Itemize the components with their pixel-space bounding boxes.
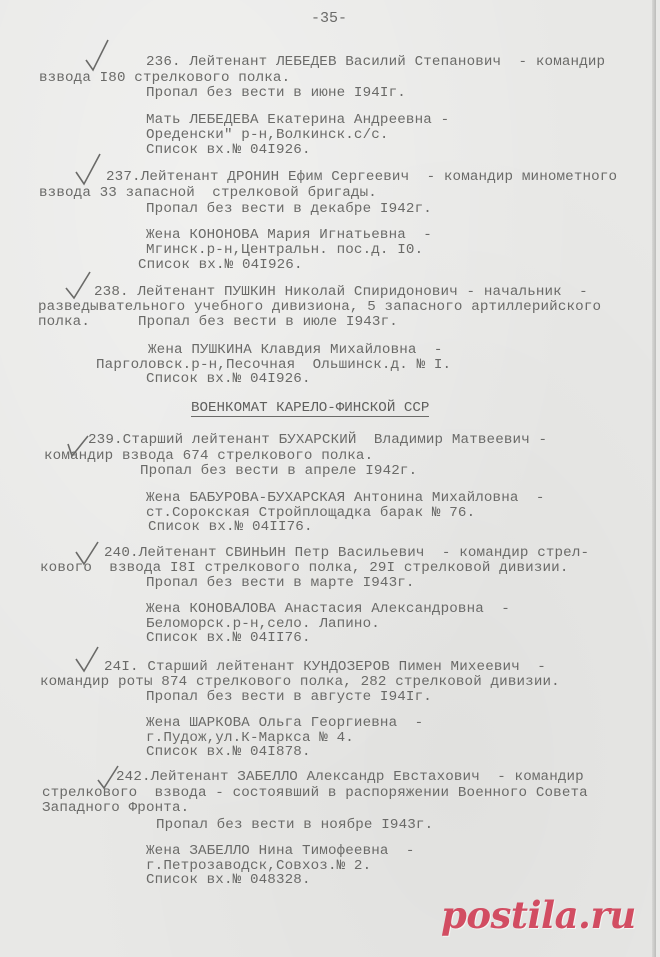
entry-236-line-6: Список вх.№ 04I926.: [146, 143, 311, 158]
entry-242-line-7: Список вх.№ 048328.: [146, 873, 311, 888]
entry-240-line-4: Жена КОНОВАЛОВА Анастасия Александровна …: [146, 602, 510, 617]
entry-242-line-3: Западного Фронта.: [42, 801, 189, 816]
entry-242-line-5: Жена ЗАБЕЛЛО Нина Тимофеевна -: [146, 844, 415, 859]
entry-242-line-4: Пропал без вести в ноябре I943г.: [156, 818, 433, 833]
checkmark-icon: [84, 38, 114, 72]
entry-239-line-6: Список вх.№ 04II76.: [148, 520, 313, 535]
entry-236-line-4: Мать ЛЕБЕДЕВА Екатерина Андреевна -: [146, 113, 449, 128]
entry-237-line-6: Список вх.№ 04I926.: [138, 258, 303, 273]
entry-239-line-2: командир взвода 674 стрелкового полка.: [44, 449, 373, 464]
entry-241-line-2: командир роты 874 стрелкового полка, 282…: [40, 675, 560, 690]
page-edge: [652, 0, 656, 957]
entry-239-line-4: Жена БАБУРОВА-БУХАРСКАЯ Антонина Михайло…: [146, 491, 545, 506]
checkmark-icon: [74, 152, 104, 186]
entry-239-line-1: 239.Старший лейтенант БУХАРСКИЙ Владимир…: [88, 433, 547, 448]
entry-238-line-2: разведывательного учебного дивизиона, 5 …: [38, 300, 601, 315]
document-page: -35- 236. Лейтенант ЛЕБЕДЕВ Василий Степ…: [0, 0, 656, 957]
entry-236-line-3: Пропал без вести в июне I94Iг.: [146, 86, 406, 101]
entry-241-line-6: Список вх.№ 04I878.: [146, 745, 311, 760]
entry-236-line-2: взвода I80 стрелкового полка.: [39, 71, 290, 86]
entry-240-line-2: кового взвода I8I стрелкового полка, 29I…: [40, 561, 569, 576]
checkmark-icon: [64, 268, 94, 302]
entry-241-line-1: 24I. Старший лейтенант КУНДОЗЕРОВ Пимен …: [104, 660, 546, 675]
entry-238-line-5: Жена ПУШКИНА Клавдия Михайловна -: [148, 343, 443, 358]
entry-237-line-4: Жена КОНОНОВА Мария Игнатьевна -: [146, 228, 432, 243]
entry-240-line-3: Пропал без вести в марте I943г.: [146, 576, 415, 591]
entry-237-line-1: 237.Лейтенант ДРОНИН Ефим Сергеевич - ко…: [106, 170, 617, 185]
entry-237-line-5: Мгинск.р-н,Центральн. пос.д. I0.: [146, 243, 423, 258]
page-number: -35-: [311, 10, 347, 27]
entry-237-line-2: взвода 33 запасной стрелковой бригады.: [39, 186, 377, 201]
watermark-logo: postila.ru: [441, 893, 636, 937]
entry-236-line-5: Ореденски" р-н,Волкинск.с/с.: [146, 128, 389, 143]
entry-238-line-1: 238. Лейтенант ПУШКИН Николай Спиридонов…: [94, 285, 588, 300]
entry-238-line-7: Список вх.№ 04I926.: [146, 372, 311, 387]
entry-241-line-4: Жена ШАРКОВА Ольга Георгиевна -: [146, 716, 423, 731]
entry-239-line-3: Пропал без вести в апреле I942г.: [140, 464, 417, 479]
entry-241-line-3: Пропал без вести в августе I94Iг.: [146, 690, 432, 705]
entry-242-line-2: стрелкового взвода - состоявший в распор…: [42, 786, 588, 801]
entry-240-line-6: Список вх.№ 04II76.: [146, 631, 311, 646]
entry-236-line-1: 236. Лейтенант ЛЕБЕДЕВ Василий Степанови…: [146, 55, 605, 70]
entry-237-line-3: Пропал без вести в декабре I942г.: [146, 202, 432, 217]
entry-240-line-1: 240.Лейтенант СВИНЬИН Петр Васильевич - …: [104, 546, 589, 561]
section-heading: ВОЕНКОМАТ КАРЕЛО-ФИНСКОЙ ССР: [191, 400, 429, 417]
entry-238-line-4: Пропал без вести в июле I943г.: [138, 315, 398, 330]
entry-238-line-3: полка.: [38, 315, 90, 330]
entry-242-line-1: 242.Лейтенант ЗАБЕЛЛО Александр Евстахов…: [116, 770, 584, 785]
